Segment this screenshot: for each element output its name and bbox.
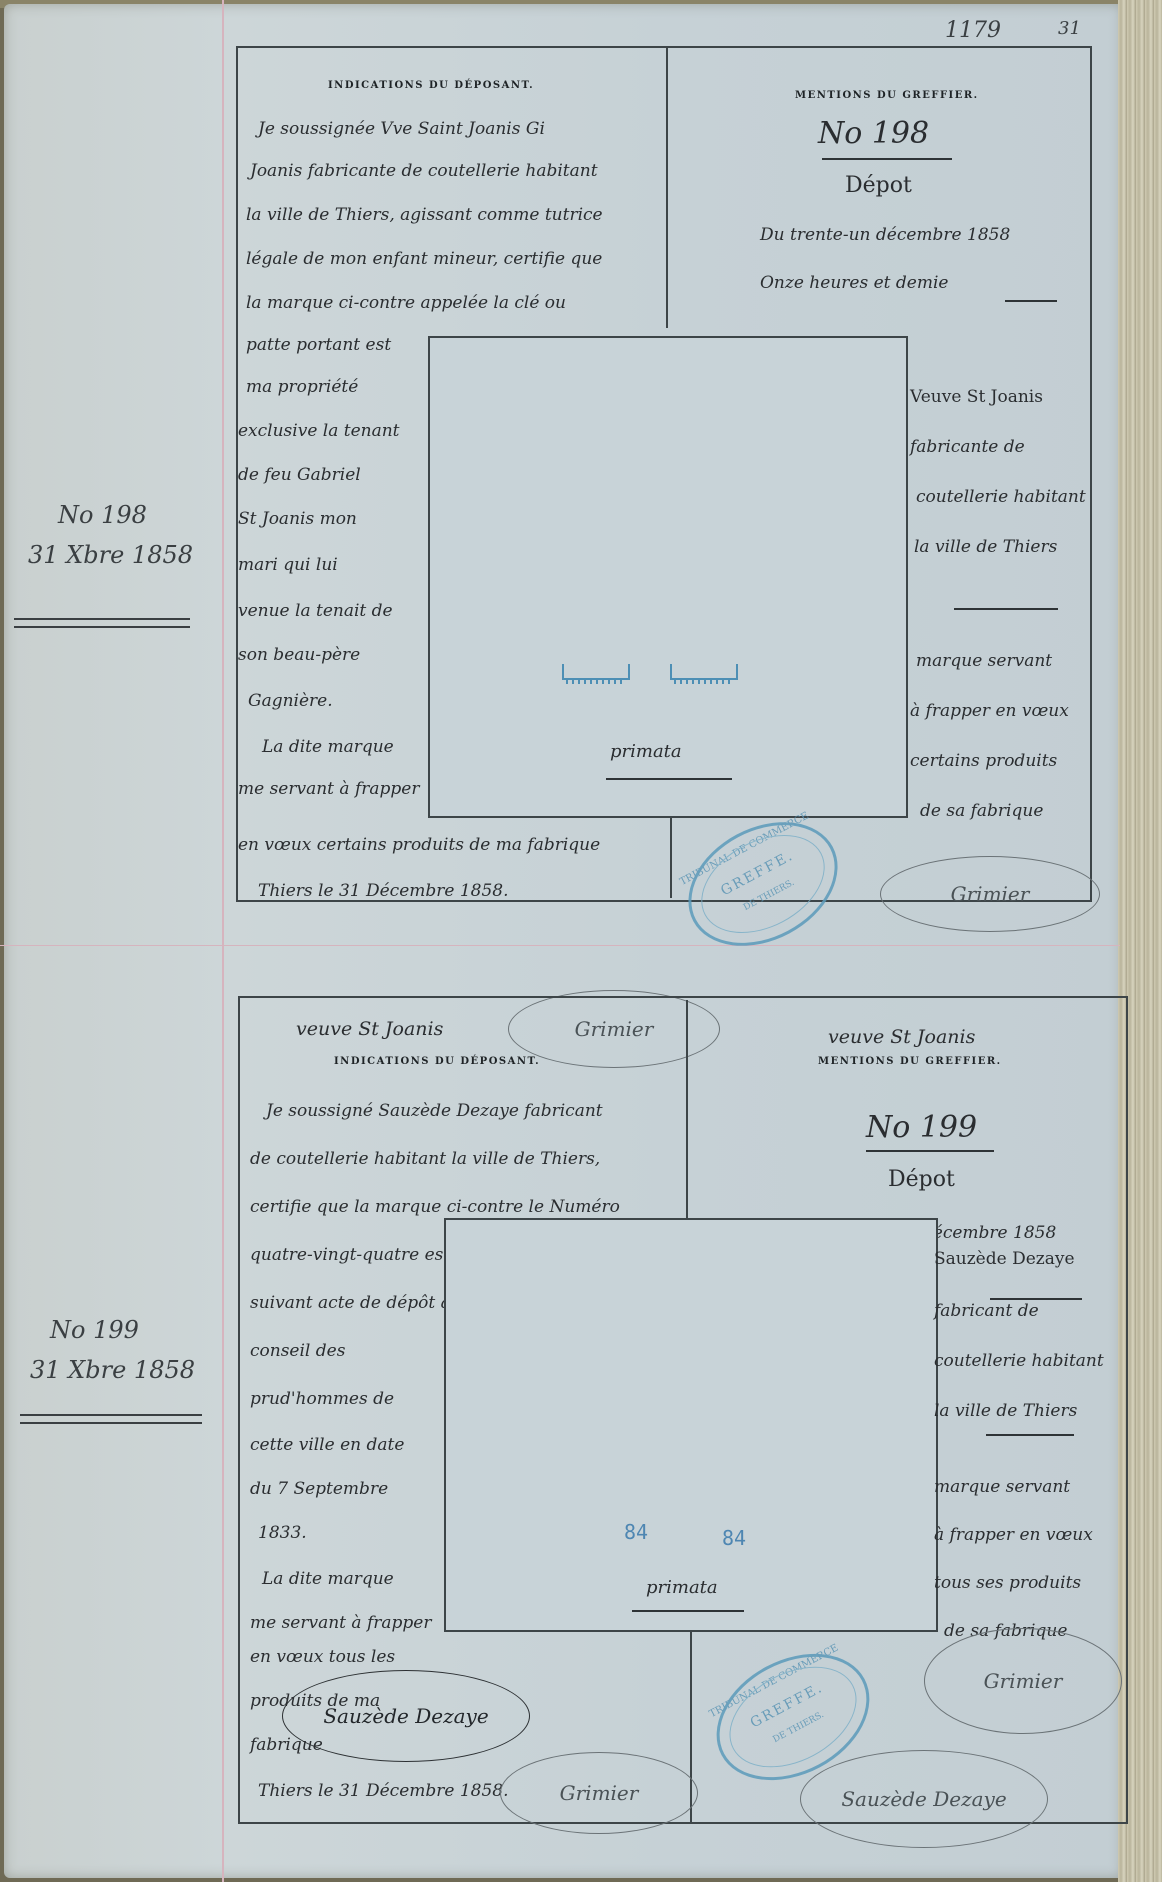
mark-symbol-right (670, 664, 738, 680)
registrar-header: MENTIONS DU GREFFIER. (818, 1056, 1002, 1067)
margin-note-number: No 199 (30, 1310, 195, 1350)
registrar-number-underline (866, 1150, 994, 1152)
registrar-number: No 198 (818, 116, 929, 152)
mark-number-right: 84 (722, 1526, 746, 1550)
registrar-title: Dépot (845, 164, 912, 207)
registrar-number-underline (822, 158, 952, 160)
mark-symbol-left (562, 664, 630, 680)
registrar-time: Onze heures et demie (760, 262, 948, 305)
mark-label: primata (646, 1566, 718, 1609)
registrar-date: Du trente-un décembre 1858 (760, 214, 1010, 257)
margin-note-198: No 198 31 Xbre 1858 (28, 495, 193, 575)
depositor-header: INDICATIONS DU DÉPOSANT. (328, 80, 534, 91)
margin-note-rule (20, 1414, 202, 1424)
folio-number: 31 (1058, 18, 1081, 39)
mark-box-198: primata (428, 336, 908, 818)
column-divider-bottom (670, 810, 672, 898)
mark-label: primata (610, 730, 682, 773)
margin-note-date: 31 Xbre 1858 (30, 1350, 195, 1390)
depositor-signature: Sauzède Dezaye (282, 1670, 530, 1762)
registrar-header: MENTIONS DU GREFFIER. (795, 90, 979, 101)
depositor-header: INDICATIONS DU DÉPOSANT. (334, 1056, 540, 1067)
margin-rule-vertical (222, 0, 224, 1882)
margin-note-number: No 198 (28, 495, 193, 535)
margin-note-rule (14, 618, 190, 628)
mark-label-underline (606, 778, 732, 780)
registrar-signature: Sauzède Dezaye (800, 1750, 1048, 1848)
margin-note-date: 31 Xbre 1858 (28, 535, 193, 575)
column-divider-top (686, 1000, 688, 1222)
column-divider-top (666, 46, 668, 328)
registrar-separator (986, 1434, 1074, 1436)
registrar-title: Dépot (888, 1158, 955, 1201)
margin-note-199: No 199 31 Xbre 1858 (30, 1310, 195, 1390)
time-dash (1005, 300, 1057, 302)
clerk-signature-right: Grimier (924, 1628, 1122, 1734)
margin-rule-horizontal (0, 945, 1120, 946)
clerk-signature-left: Grimier (500, 1752, 698, 1834)
mark-number-left: 84 (624, 1520, 648, 1544)
registrar-separator (954, 608, 1058, 610)
pencil-reference: 1179 (945, 18, 1001, 43)
registrar-number: No 199 (866, 1110, 977, 1146)
clerk-signature-right: Grimier (880, 856, 1100, 932)
mark-label-underline (632, 1610, 744, 1612)
mark-box-199: 84 84 primata (444, 1218, 938, 1632)
